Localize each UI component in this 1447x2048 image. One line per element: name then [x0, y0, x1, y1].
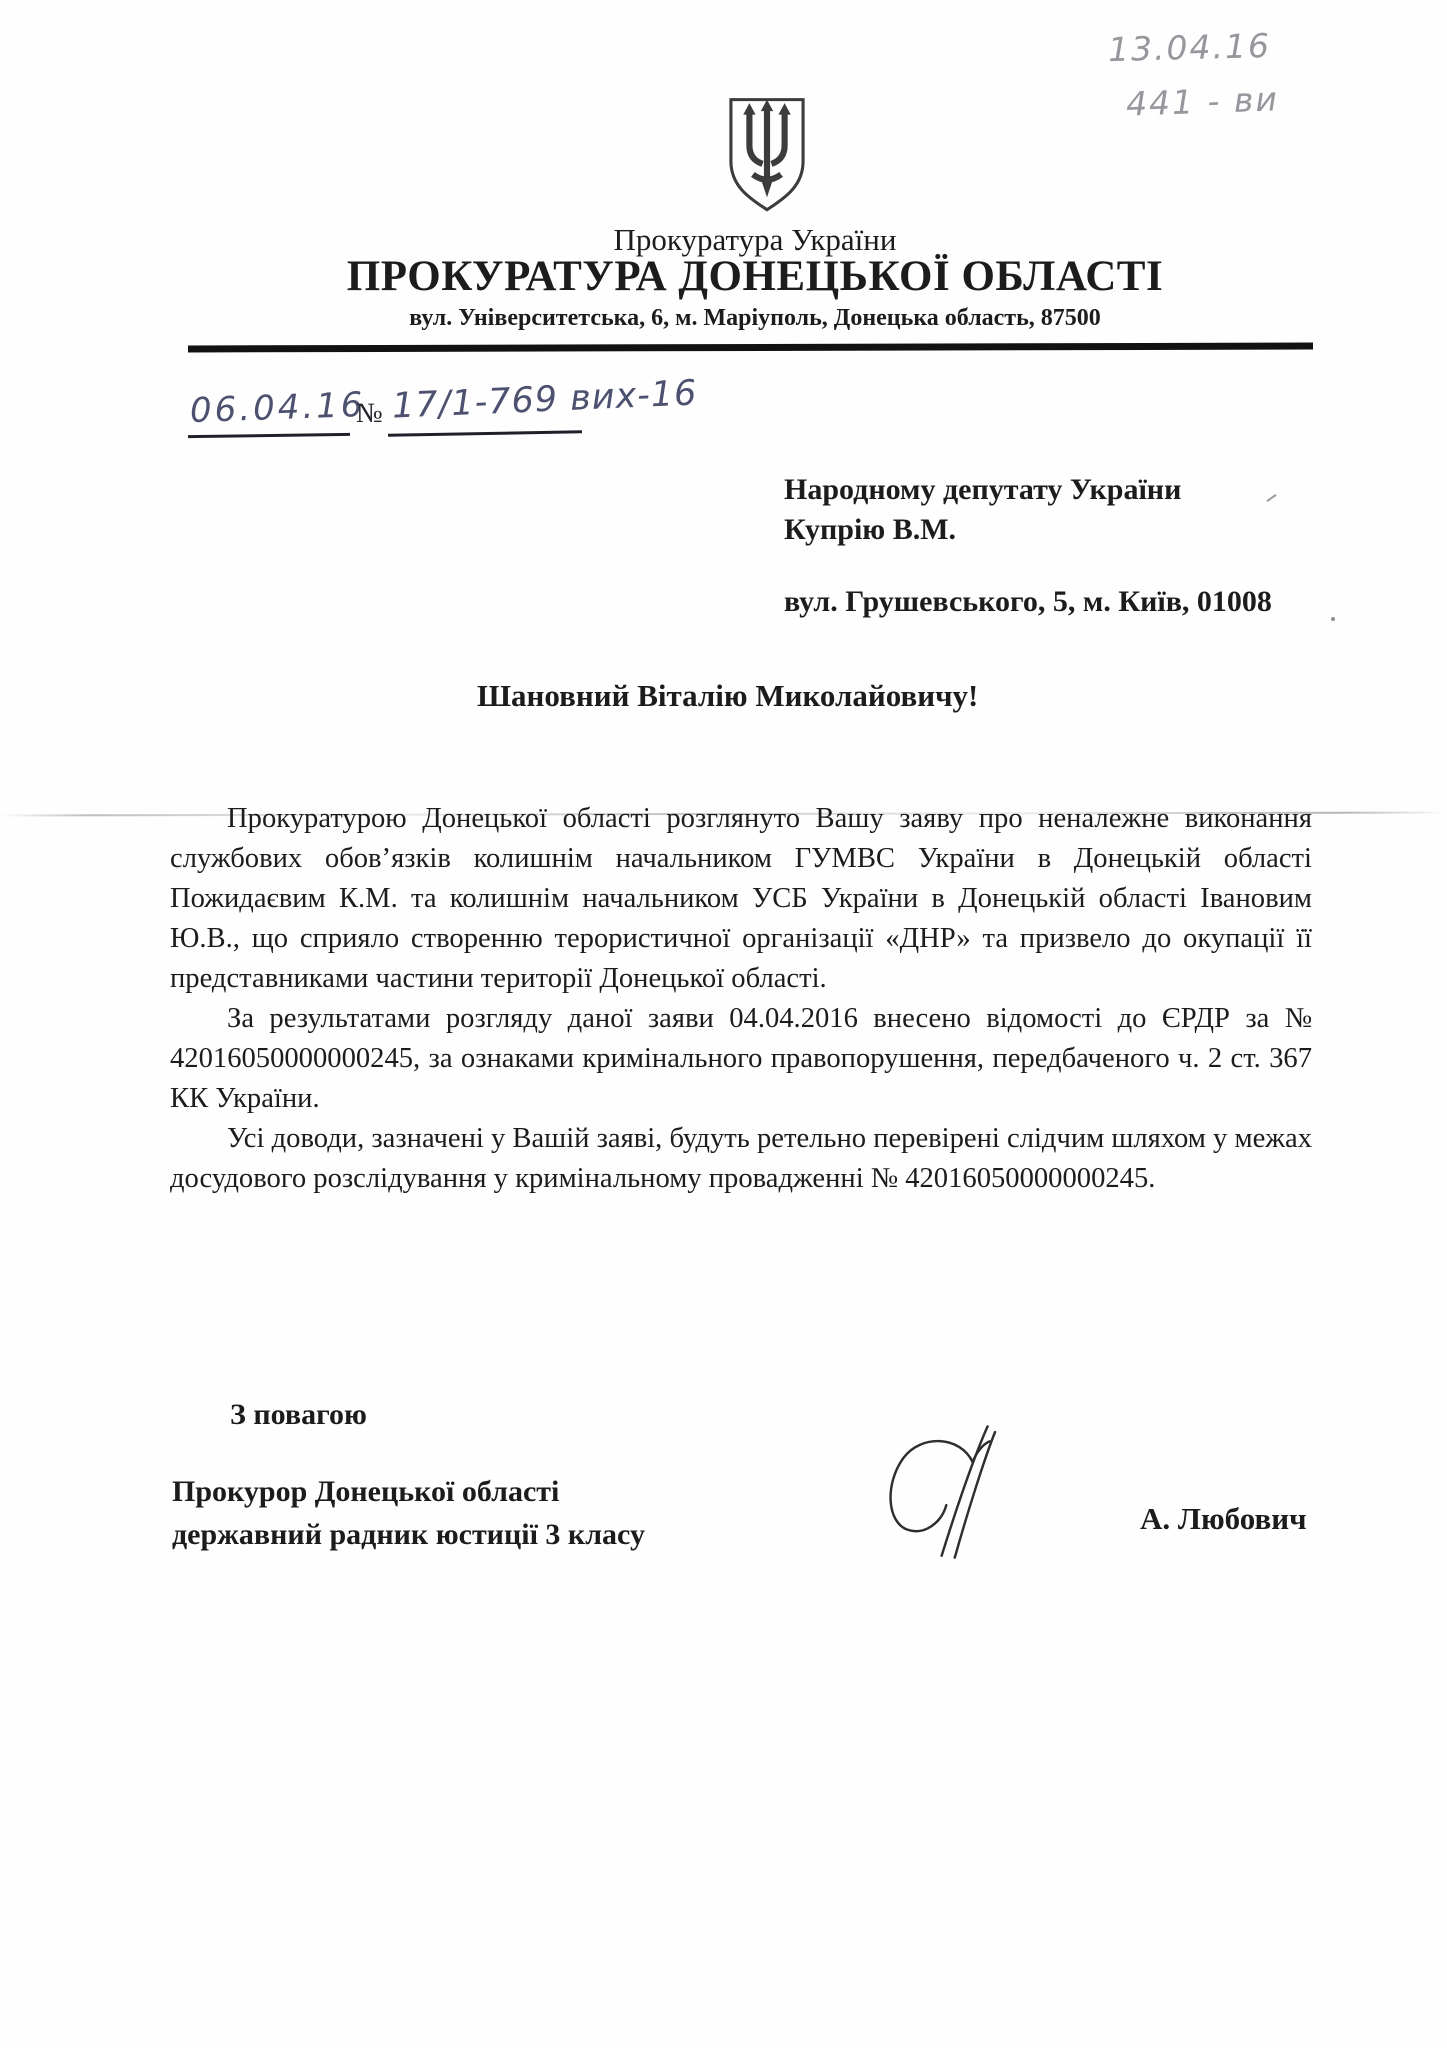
reference-underline-number	[388, 430, 582, 436]
scan-artifact-dot	[1331, 617, 1335, 621]
signer-title-block: Прокурор Донецької області державний рад…	[172, 1470, 812, 1556]
body-paragraph-2: За результатами розгляду даної заяви 04.…	[170, 999, 1312, 1119]
handwritten-signature	[876, 1416, 1026, 1573]
salutation: Шановний Віталію Миколайовичу!	[477, 678, 978, 714]
org-address: вул. Університетська, 6, м. Маріуполь, Д…	[100, 305, 1410, 332]
handwritten-outgoing-date: 06.04.16	[189, 385, 366, 431]
recipient-block: Народному депутату України Купрію В.М. в…	[784, 470, 1344, 622]
handwritten-stamp-date: 13.04.16	[1108, 26, 1272, 69]
letterhead-divider-rule	[188, 343, 1313, 353]
signer-title-line1: Прокурор Донецької області	[172, 1470, 812, 1513]
recipient-line2: Купрію В.М.	[784, 510, 1344, 550]
letter-body: Прокуратурою Донецької області розглянут…	[170, 799, 1312, 1199]
recipient-address: вул. Грушевського, 5, м. Київ, 01008	[784, 582, 1344, 622]
reference-underline-date	[188, 433, 350, 438]
number-sign: №	[356, 398, 383, 430]
scanned-letter-page: 13.04.16 441 - ви Прокуратура України ПР…	[0, 0, 1447, 2048]
handwritten-outgoing-number: 17/1-769 вих-16	[391, 373, 698, 426]
org-title: ПРОКУРАТУРА ДОНЕЦЬКОЇ ОБЛАСТІ	[60, 252, 1447, 301]
body-paragraph-1: Прокуратурою Донецької області розглянут…	[170, 799, 1312, 999]
ukraine-trident-icon	[723, 96, 811, 235]
signer-name: А. Любович	[1140, 1501, 1307, 1537]
closing-regards: З повагою	[230, 1398, 367, 1432]
handwritten-stamp-number: 441 - ви	[1125, 79, 1279, 123]
body-paragraph-3: Усі доводи, зазначені у Вашій заяві, буд…	[170, 1119, 1312, 1199]
recipient-line1: Народному депутату України	[784, 470, 1344, 510]
signer-title-line2: державний радник юстиції 3 класу	[172, 1513, 812, 1556]
